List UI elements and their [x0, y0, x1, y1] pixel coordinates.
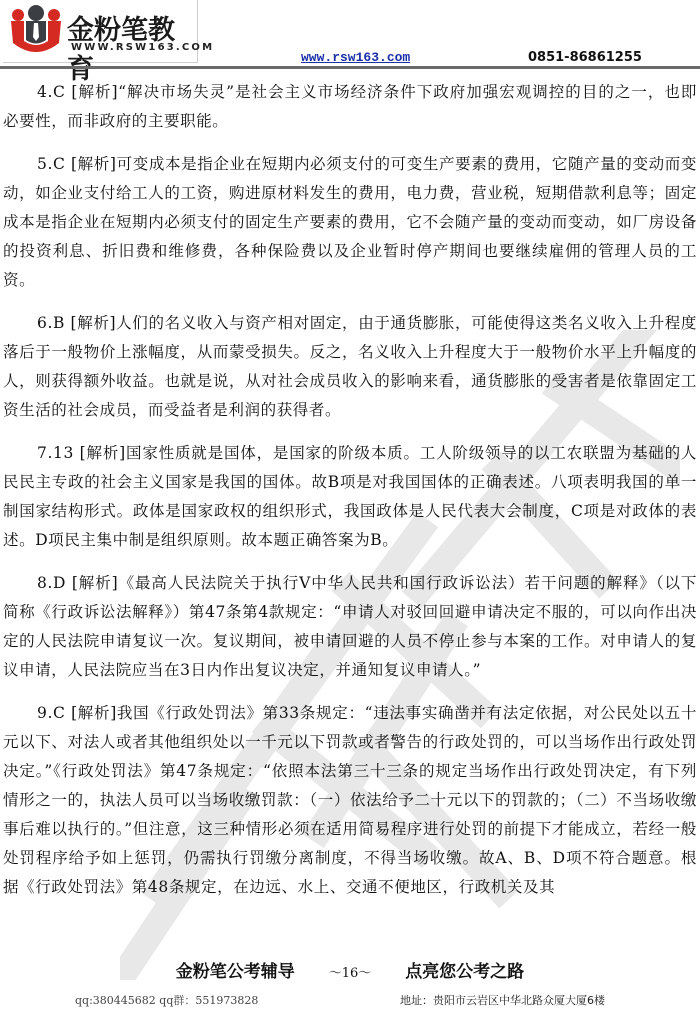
- brand-url: WWW.RSW163.COM: [71, 42, 214, 53]
- answer-paragraph-7: 7.13 [解析]国家性质就是国体，是国家的阶级本质。工人阶级领导的以工农联盟为…: [3, 439, 697, 555]
- footer-contact: qq:380445682 qq群：551973828: [75, 992, 258, 1008]
- footer-slogan-left: 金粉笔公考辅导: [176, 957, 295, 982]
- page-number: ～16～: [329, 962, 372, 981]
- answer-paragraph-4: 4.C [解析]“解决市场失灵”是社会主义市场经济条件下政府加强宏观调控的目的之…: [3, 78, 697, 136]
- header-divider: [0, 66, 700, 69]
- website-link[interactable]: www.rsw163.com: [301, 50, 410, 65]
- logo-icon: [9, 5, 63, 57]
- brand-logo: 金粉笔教育 WWW.RSW163.COM: [3, 0, 198, 63]
- answer-paragraph-8: 8.D [解析]《最高人民法院关于执行V中华人民共和国行政诉讼法）若干问题的解释…: [3, 569, 697, 685]
- footer-address: 地址：贵阳市云岩区中华北路众厦大厦6楼: [400, 992, 605, 1008]
- answer-paragraph-6: 6.B [解析]人们的名义收入与资产相对固定，由于通货膨胀，可能使得这类名义收入…: [3, 309, 697, 425]
- answer-paragraph-5: 5.C [解析]可变成本是指企业在短期内必须支付的可变生产要素的费用，它随产量的…: [3, 150, 697, 295]
- phone-number: 0851-86861255: [528, 50, 642, 65]
- footer-slogan-right: 点亮您公考之路: [405, 957, 524, 982]
- page-header: 金粉笔教育 WWW.RSW163.COM www.rsw163.com 0851…: [0, 0, 700, 70]
- document-body: 4.C [解析]“解决市场失灵”是社会主义市场经济条件下政府加强宏观调控的目的之…: [3, 78, 697, 916]
- answer-paragraph-9: 9.C [解析]我国《行政处罚法》第33条规定：“违法事实确凿并有法定依据，对公…: [3, 699, 697, 902]
- footer-slogan: 金粉笔公考辅导 ～16～ 点亮您公考之路: [0, 957, 700, 982]
